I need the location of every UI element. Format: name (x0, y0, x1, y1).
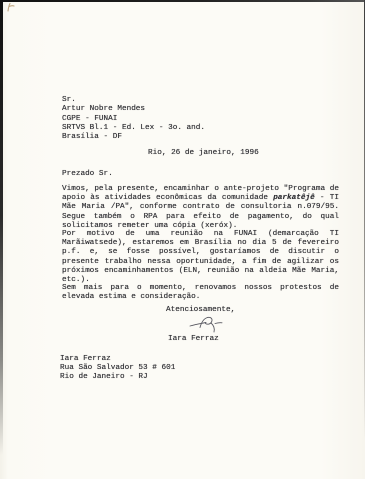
text-line: Vimos, pela presente, encaminhar o ante-… (62, 185, 339, 194)
date-line: Rio, 26 de janeiro, 1996 (148, 149, 259, 158)
text-line: Sr. (62, 96, 205, 105)
body-paragraph-1: Vimos, pela presente, encaminhar o ante-… (62, 185, 339, 232)
text-line: Sem mais para o momento, renovamos nosso… (62, 284, 339, 293)
salutation: Prezado Sr. (62, 170, 113, 179)
text-line: próximos encaminhamentos (ELN, reunião n… (62, 267, 339, 276)
text-line: Rua São Salvador 53 # 601 (60, 364, 175, 373)
text-line: Iara Ferraz (60, 355, 175, 364)
text-line: Por motivo de uma reunião na FUNAI (dema… (62, 230, 339, 239)
text-line: Rio de Janeiro - RJ (60, 373, 175, 382)
body-paragraph-3: Sem mais para o momento, renovamos nosso… (62, 284, 339, 303)
scan-edge-top (0, 0, 365, 2)
text-line: elevada estima e consideração. (62, 293, 339, 302)
scanned-letter-page: Sr.Artur Nobre MendesCGPE - FUNAISRTVS B… (0, 0, 365, 479)
recipient-address-block: Sr.Artur Nobre MendesCGPE - FUNAISRTVS B… (62, 96, 205, 143)
text-line: CGPE - FUNAI (62, 115, 205, 124)
emphasized-word: parkatêjê (273, 194, 315, 202)
body-paragraph-2: Por motivo de uma reunião na FUNAI (dema… (62, 230, 339, 286)
scan-edge-left (0, 0, 3, 479)
sender-address-block: Iara FerrazRua São Salvador 53 # 601Rio … (60, 355, 175, 383)
handwritten-signature (186, 314, 232, 336)
text-line: Brasília - DF (62, 133, 205, 142)
text-line: Segue também o RPA para efeito de pagame… (62, 213, 339, 222)
text-line: p.f. e, se fosse possível, gostaríamos d… (62, 248, 339, 257)
text-line: Marãiwatsede), estaremos em Brasília no … (62, 239, 339, 248)
signature-typed-name: Iara Ferraz (168, 335, 219, 344)
text-line: presente trabalho nessa oportunidade, a … (62, 258, 339, 267)
pencil-mark-icon (5, 2, 19, 13)
text-line: SRTVS Bl.1 - Ed. Lex - 3o. and. (62, 124, 205, 133)
text-line: Artur Nobre Mendes (62, 105, 205, 114)
text-line: apoio às atividades econômicas da comuni… (62, 194, 339, 203)
text-line: Mãe Maria /PA", conforme contrato de con… (62, 203, 339, 212)
